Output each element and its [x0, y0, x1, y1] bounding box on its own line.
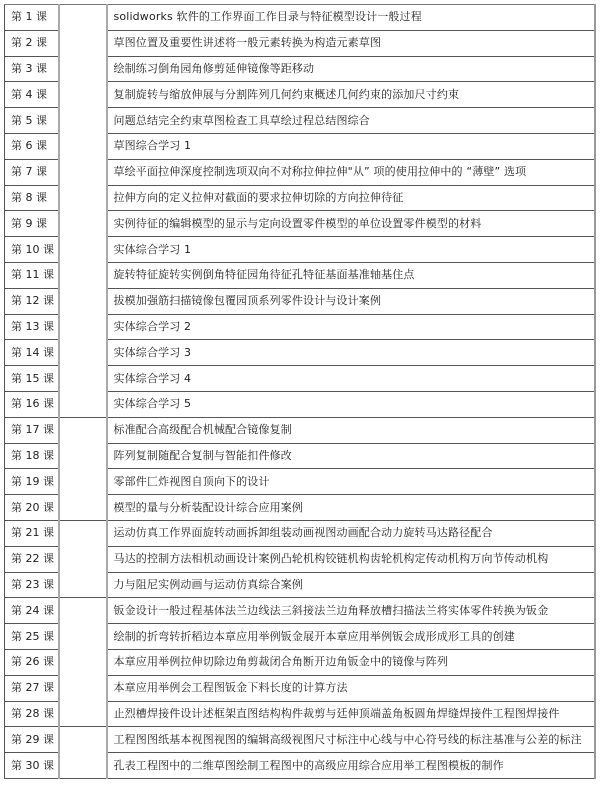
lesson-number-cell: 第 27 课 — [5, 675, 59, 701]
lesson-number-cell: 第 20 课 — [5, 495, 59, 521]
lesson-number-cell: 第 13 课 — [5, 314, 59, 340]
lesson-number-cell: 第 16 课 — [5, 391, 59, 417]
lesson-number-cell: 第 23 课 — [5, 572, 59, 598]
lesson-topic-cell: 运动仿真工作界面旋转动画拆卸组装动画视图动画配合动力旋转马达路径配合 — [107, 520, 596, 546]
lesson-topic-cell: 旋转特征旋转实例倒角特征园角待征孔特征基面基准轴基住点 — [107, 262, 596, 288]
table-row: 第 1 课solidworks 软件的工作界面工作目录与特征模型设计一般过程 — [5, 5, 596, 31]
lesson-number-cell: 第 6 课 — [5, 133, 59, 159]
lesson-topic-cell: 零部件匚炸视图自顶向下的设计 — [107, 469, 596, 495]
lesson-topic-cell: 实体综合学习 2 — [107, 314, 596, 340]
module-group-cell — [59, 598, 107, 727]
lesson-number-cell: 第 28 课 — [5, 701, 59, 727]
lesson-topic-cell: 止烈槽焊接件设计述框架直图结构构件裁剪与廷伸顶端盖角板圆角焊缝焊接件工程图焊接件 — [107, 701, 596, 727]
lesson-topic-cell: 力与阻尼实例动画与运动仿真综合案例 — [107, 572, 596, 598]
lesson-number-cell: 第 3 课 — [5, 56, 59, 82]
lesson-number-cell: 第 22 课 — [5, 546, 59, 572]
lesson-topic-cell: 实体综合学习 1 — [107, 237, 596, 263]
module-group-cell — [59, 5, 107, 418]
module-group-cell — [59, 520, 107, 597]
lesson-topic-cell: solidworks 软件的工作界面工作目录与特征模型设计一般过程 — [107, 5, 596, 31]
lesson-number-cell: 第 10 课 — [5, 237, 59, 263]
lesson-number-cell: 第 14 课 — [5, 340, 59, 366]
lesson-topic-cell: 标准配合高级配合机械配合镜像复制 — [107, 417, 596, 443]
lesson-topic-cell: 钣金设计一般过程基体法兰边线法三斜接法兰边角释放槽扫描法兰将实体零件转换为钣金 — [107, 598, 596, 624]
table-row: 第 29 课工程图图纸基本视图视图的编辑高级视图尺寸标注中心线与中心符号线的标注… — [5, 727, 596, 753]
lesson-number-cell: 第 21 课 — [5, 520, 59, 546]
module-group-cell — [59, 727, 107, 779]
lesson-number-cell: 第 1 课 — [5, 5, 59, 31]
lesson-number-cell: 第 8 课 — [5, 185, 59, 211]
module-group-cell — [59, 417, 107, 520]
lesson-topic-cell: 草图位置及重要性讲述将一般元素转换为构造元素草图 — [107, 30, 596, 56]
lesson-topic-cell: 马达的控制方法相机动画设计案例凸轮机构铰链机构齿轮机构定传动机构万向节传动机构 — [107, 546, 596, 572]
course-schedule-table: 第 1 课solidworks 软件的工作界面工作目录与特征模型设计一般过程第 … — [4, 4, 596, 779]
lesson-number-cell: 第 17 课 — [5, 417, 59, 443]
lesson-topic-cell: 实体综合学习 4 — [107, 366, 596, 392]
lesson-topic-cell: 实例待征的编辑模型的显示与定向设置零件模型的单位设置零件模型的材料 — [107, 211, 596, 237]
lesson-topic-cell: 绘制的折弯转折稻边本章应用举例钣金展开本章应用举例钣会成形成形工具的创建 — [107, 624, 596, 650]
lesson-number-cell: 第 5 课 — [5, 108, 59, 134]
lesson-number-cell: 第 9 课 — [5, 211, 59, 237]
lesson-topic-cell: 复制旋转与缩放伸展与分割阵列几何约束概述几何约束的添加尺寸约束 — [107, 82, 596, 108]
table-row: 第 17 课标准配合高级配合机械配合镜像复制 — [5, 417, 596, 443]
lesson-number-cell: 第 4 课 — [5, 82, 59, 108]
lesson-topic-cell: 问题总结完全约束草图检查工具草绘过程总结图综合 — [107, 108, 596, 134]
lesson-topic-cell: 实体综合学习 5 — [107, 391, 596, 417]
lesson-number-cell: 第 24 课 — [5, 598, 59, 624]
lesson-topic-cell: 绘制练习倒角园角修剪延伸镜像等距移动 — [107, 56, 596, 82]
lesson-number-cell: 第 15 课 — [5, 366, 59, 392]
lesson-topic-cell: 阵列复制随配合复制与智能扣件修改 — [107, 443, 596, 469]
table-row: 第 21 课运动仿真工作界面旋转动画拆卸组装动画视图动画配合动力旋转马达路径配合 — [5, 520, 596, 546]
lesson-topic-cell: 草绘平面拉伸深度控制选项双向不对称拉伸拉伸"从” 项的使用拉伸中的 “薄壁” 选… — [107, 159, 596, 185]
lesson-number-cell: 第 26 课 — [5, 649, 59, 675]
lesson-topic-cell: 本章应用举例拉伸切除边角剪裁闭合角断开边角钣金中的镜像与阵列 — [107, 649, 596, 675]
lesson-topic-cell: 孔表工程图中的二维草图绘制工程图中的高级应用综合应用举工程图模板的制作 — [107, 753, 596, 779]
lesson-topic-cell: 本章应用举例会工程图钣金下料长度的计算方法 — [107, 675, 596, 701]
lesson-number-cell: 第 19 课 — [5, 469, 59, 495]
lesson-number-cell: 第 29 课 — [5, 727, 59, 753]
lesson-number-cell: 第 7 课 — [5, 159, 59, 185]
lesson-topic-cell: 草图综合学习 1 — [107, 133, 596, 159]
lesson-topic-cell: 拉伸方向的定义拉伸对截面的要求拉伸切除的方向拉伸待征 — [107, 185, 596, 211]
lesson-topic-cell: 实体综合学习 3 — [107, 340, 596, 366]
lesson-topic-cell: 模型的量与分析装配设计综合应用案例 — [107, 495, 596, 521]
schedule-body: 第 1 课solidworks 软件的工作界面工作目录与特征模型设计一般过程第 … — [5, 5, 596, 779]
table-row: 第 24 课钣金设计一般过程基体法兰边线法三斜接法兰边角释放槽扫描法兰将实体零件… — [5, 598, 596, 624]
lesson-topic-cell: 拔模加强筋扫描镜像包覆园顶系列零件设计与设计案例 — [107, 288, 596, 314]
lesson-number-cell: 第 11 课 — [5, 262, 59, 288]
lesson-number-cell: 第 18 课 — [5, 443, 59, 469]
lesson-topic-cell: 工程图图纸基本视图视图的编辑高级视图尺寸标注中心线与中心符号线的标注基准与公差的… — [107, 727, 596, 753]
lesson-number-cell: 第 30 课 — [5, 753, 59, 779]
lesson-number-cell: 第 25 课 — [5, 624, 59, 650]
lesson-number-cell: 第 2 课 — [5, 30, 59, 56]
lesson-number-cell: 第 12 课 — [5, 288, 59, 314]
